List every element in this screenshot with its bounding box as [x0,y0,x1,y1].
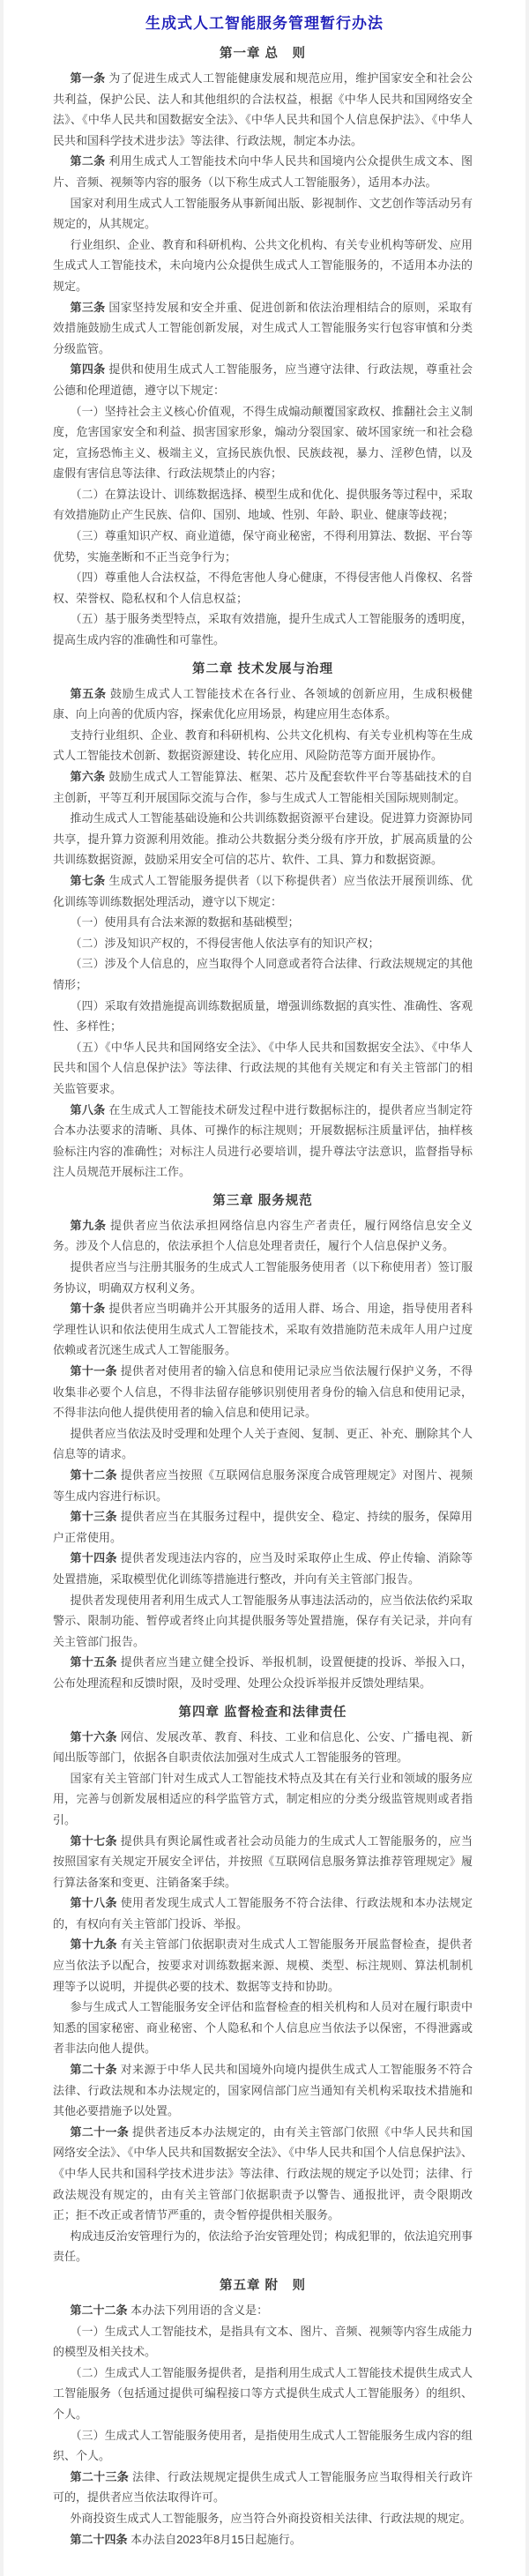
chapter-heading: 第一章 总 则 [53,43,473,62]
body-paragraph: （二）涉及知识产权的，不得侵害他人依法享有的知识产权； [53,933,473,954]
article-number: 第十九条 [71,1938,117,1951]
article-paragraph: 第十八条 使用者发现生成式人工智能服务不符合法律、行政法规和本办法规定的，有权向… [53,1893,473,1934]
body-paragraph: （二）在算法设计、训练数据选择、模型生成和优化、提供服务等过程中，采取有效措施防… [53,484,473,526]
article-paragraph: 第十四条 提供者发现违法内容的，应当及时采取停止生成、停止传输、消除等处置措施，… [53,1548,473,1589]
article-number: 第十七条 [71,1834,117,1848]
article-number: 第七条 [71,874,106,887]
article-paragraph: 第二十二条 本办法下列用语的含义是： [53,2300,473,2321]
article-paragraph: 第十条 提供者应当明确并公开其服务的适用人群、场合、用途，指导使用者科学理性认识… [53,1298,473,1361]
chapter-heading: 第四章 监督检查和法律责任 [53,1702,473,1721]
article-paragraph: 第四条 提供和使用生成式人工智能服务，应当遵守法律、行政法规，尊重社会公德和伦理… [53,359,473,400]
article-number: 第九条 [71,1219,107,1232]
body-paragraph: （三）涉及个人信息的，应当取得个人同意或者符合法律、行政法规规定的其他情形； [53,953,473,995]
article-paragraph: 第十一条 提供者对使用者的输入信息和使用记录应当依法履行保护义务，不得收集非必要… [53,1361,473,1423]
body-paragraph: 国家对利用生成式人工智能服务从事新闻出版、影视制作、文艺创作等活动另有规定的，从… [53,193,473,235]
body-paragraph: （一）生成式人工智能技术，是指具有文本、图片、音频、视频等内容生成能力的模型及相… [53,2321,473,2363]
article-paragraph: 第十二条 提供者应当按照《互联网信息服务深度合成管理规定》对图片、视频等生成内容… [53,1465,473,1506]
body-paragraph: （四）采取有效措施提高训练数据质量，增强训练数据的真实性、准确性、客观性、多样性… [53,996,473,1037]
article-number: 第十六条 [71,1730,117,1743]
article-paragraph: 第二十四条 本办法自2023年8月15日起施行。 [53,2529,473,2550]
body-paragraph: （三）生成式人工智能服务使用者，是指使用生成式人工智能服务生成内容的组织、个人。 [53,2425,473,2467]
body-paragraph: （二）生成式人工智能服务提供者，是指利用生成式人工智能技术提供生成式人工智能服务… [53,2363,473,2425]
body-paragraph: 构成违反治安管理行为的，依法给予治安管理处罚；构成犯罪的，依法追究刑事责任。 [53,2226,473,2267]
article-paragraph: 第十七条 提供具有舆论属性或者社会动员能力的生成式人工智能服务的，应当按照国家有… [53,1831,473,1893]
article-paragraph: 第二十条 对来源于中华人民共和国境外向境内提供生成式人工智能服务不符合法律、行政… [53,2059,473,2122]
article-number: 第十二条 [71,1468,117,1482]
article-number: 第十条 [71,1302,106,1315]
article-paragraph: 第三条 国家坚持发展和安全并重、促进创新和依法治理相结合的原则，采取有效措施鼓励… [53,297,473,360]
body-paragraph: （四）尊重他人合法权益，不得危害他人身心健康，不得侵害他人肖像权、名誉权、荣誉权… [53,567,473,609]
body-paragraph: 外商投资生成式人工智能服务，应当符合外商投资相关法律、行政法规的规定。 [53,2508,473,2529]
article-paragraph: 第二条 利用生成式人工智能技术向中华人民共和国境内公众提供生成文本、图片、音频、… [53,151,473,192]
article-number: 第十三条 [71,1510,117,1523]
article-number: 第八条 [71,1103,106,1116]
article-number: 第二十四条 [71,2533,128,2546]
article-number: 第二十一条 [71,2125,130,2139]
article-paragraph: 第二十三条 法律、行政法规规定提供生成式人工智能服务应当取得相关行政许可的，提供… [53,2467,473,2508]
article-number: 第二条 [71,154,106,168]
article-paragraph: 第一条 为了促进生成式人工智能健康发展和规范应用，维护国家安全和社会公共利益，保… [53,68,473,151]
article-paragraph: 第十九条 有关主管部门依据职责对生成式人工智能服务开展监督检查，提供者应当依法予… [53,1934,473,1997]
body-paragraph: 提供者应当与注册其服务的生成式人工智能服务使用者（以下称使用者）签订服务协议，明… [53,1257,473,1298]
article-number: 第六条 [71,770,106,783]
article-number: 第五条 [71,687,107,700]
body-paragraph: 提供者发现使用者利用生成式人工智能服务从事违法活动的，应当依法依约采取警示、限制… [53,1590,473,1653]
body-paragraph: （五）基于服务类型特点，采取有效措施，提升生成式人工智能服务的透明度，提高生成内… [53,609,473,650]
article-number: 第十四条 [71,1551,117,1564]
body-paragraph: （一）坚持社会主义核心价值观，不得生成煽动颠覆国家政权、推翻社会主义制度，危害国… [53,401,473,484]
article-number: 第一条 [71,71,106,85]
article-paragraph: 第十六条 网信、发展改革、教育、科技、工业和信息化、公安、广播电视、新闻出版等部… [53,1727,473,1768]
body-paragraph: （一）使用具有合法来源的数据和基础模型； [53,912,473,933]
body-paragraph: （三）尊重知识产权、商业道德，保守商业秘密，不得利用算法、数据、平台等优势，实施… [53,526,473,567]
article-paragraph: 第六条 鼓励生成式人工智能算法、框架、芯片及配套软件平台等基础技术的自主创新，平… [53,766,473,808]
body-paragraph: 推动生成式人工智能基础设施和公共训练数据资源平台建设。促进算力资源协同共享，提升… [53,808,473,870]
page-canvas: 生成式人工智能服务管理暂行办法 第一章 总 则第一条 为了促进生成式人工智能健康… [0,0,529,2576]
document-body: 第一章 总 则第一条 为了促进生成式人工智能健康发展和规范应用，维护国家安全和社… [4,43,525,2550]
body-paragraph: 支持行业组织、企业、教育和科研机构、公共文化机构、有关专业机构等在生成式人工智能… [53,725,473,766]
article-number: 第二十三条 [71,2470,130,2483]
article-paragraph: 第五条 鼓励生成式人工智能技术在各行业、各领域的创新应用，生成积极健康、向上向善… [53,683,473,725]
article-number: 第十五条 [71,1655,117,1669]
article-paragraph: 第十五条 提供者应当建立健全投诉、举报机制，设置便捷的投诉、举报入口，公布处理流… [53,1652,473,1693]
article-paragraph: 第七条 生成式人工智能服务提供者（以下称提供者）应当依法开展预训练、优化训练等训… [53,870,473,912]
article-number: 第十八条 [71,1896,117,1909]
article-paragraph: 第九条 提供者应当依法承担网络信息内容生产者责任，履行网络信息安全义务。涉及个人… [53,1215,473,1257]
article-paragraph: 第八条 在生成式人工智能技术研发过程中进行数据标注的，提供者应当制定符合本办法要… [53,1100,473,1183]
document-title: 生成式人工智能服务管理暂行办法 [4,11,525,33]
chapter-heading: 第二章 技术发展与治理 [53,659,473,677]
article-paragraph: 第十三条 提供者应当在其服务过程中，提供安全、稳定、持续的服务，保障用户正常使用… [53,1506,473,1548]
article-number: 第三条 [71,301,106,314]
article-number: 第二十条 [71,2063,117,2076]
chapter-heading: 第三章 服务规范 [53,1191,473,1209]
article-number: 第十一条 [71,1364,117,1378]
body-paragraph: 行业组织、企业、教育和科研机构、公共文化机构、有关专业机构等研发、应用生成式人工… [53,235,473,297]
document-page: 生成式人工智能服务管理暂行办法 第一章 总 则第一条 为了促进生成式人工智能健康… [4,0,525,2576]
article-number: 第四条 [71,362,106,376]
body-paragraph: 参与生成式人工智能服务安全评估和监督检查的相关机构和人员对在履行职责中知悉的国家… [53,1997,473,2059]
body-paragraph: （五）《中华人民共和国网络安全法》、《中华人民共和国数据安全法》、《中华人民共和… [53,1037,473,1100]
body-paragraph: 提供者应当依法及时受理和处理个人关于查阅、复制、更正、补充、删除其个人信息等的请… [53,1423,473,1465]
article-number: 第二十二条 [71,2303,128,2317]
body-paragraph: 国家有关主管部门针对生成式人工智能技术特点及其在有关行业和领域的服务应用，完善与… [53,1768,473,1831]
chapter-heading: 第五章 附 则 [53,2275,473,2294]
article-paragraph: 第二十一条 提供者违反本办法规定的，由有关主管部门依照《中华人民共和国网络安全法… [53,2122,473,2226]
